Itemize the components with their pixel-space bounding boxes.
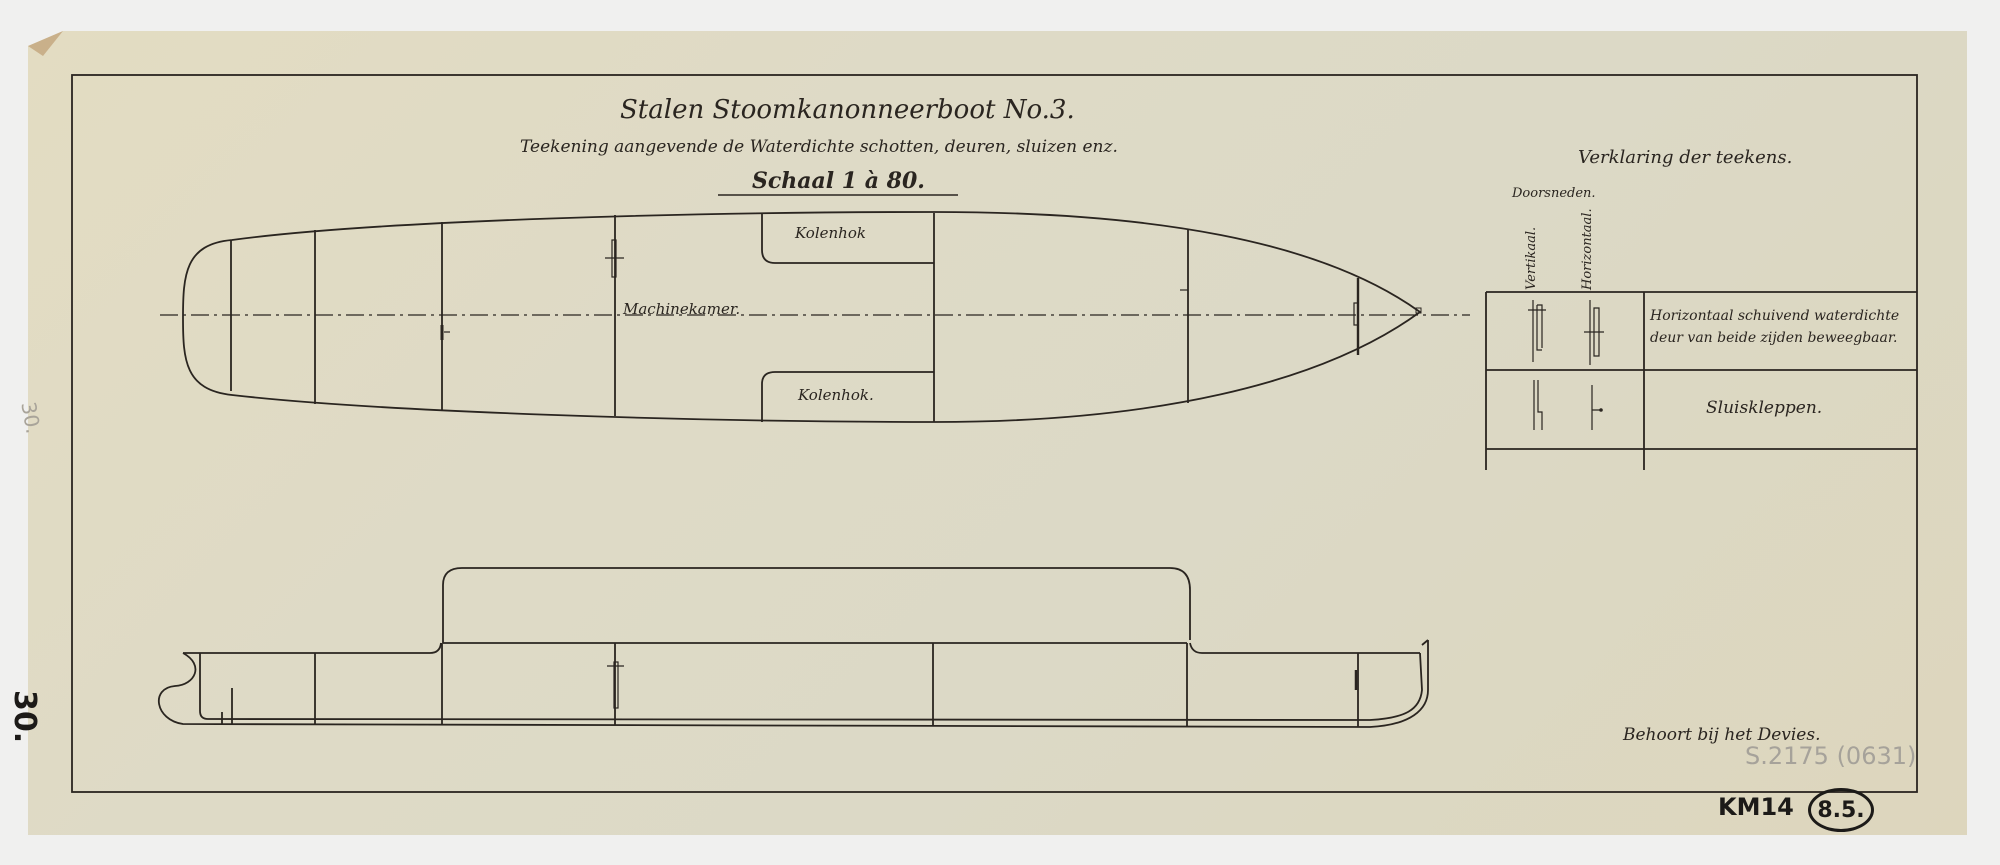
archive-circle-number: 8.5.: [1808, 788, 1874, 832]
room-label-engine-room: Machinekamer.: [623, 300, 740, 318]
profile-view: [159, 568, 1428, 727]
legend-row-door: Horizontaal schuivend waterdichte deur v…: [1650, 305, 1910, 349]
drawing-subtitle: Teekening aangevende de Waterdichte scho…: [520, 137, 1118, 157]
room-label-coal-bunker-top: Kolenhok: [795, 224, 866, 242]
pencil-reference: S.2175 (0631): [1745, 742, 1916, 770]
archive-code: KM14: [1718, 793, 1794, 821]
drawing-scale: Schaal 1 à 80.: [752, 168, 925, 194]
side-number: 30.: [7, 690, 42, 743]
legend-column-group: Doorsneden.: [1512, 186, 1596, 201]
drawing-title: Stalen Stoomkanonneerboot No.3.: [620, 95, 1075, 125]
room-label-coal-bunker-bottom: Kolenhok.: [798, 386, 874, 404]
legend-title: Verklaring der teekens.: [1578, 147, 1792, 168]
drawing-border: [72, 75, 1917, 792]
legend-column-horizontal: Horizontaal.: [1580, 208, 1595, 290]
legend-row-sluice: Sluiskleppen.: [1706, 398, 1822, 418]
legend-column-vertical: Vertikaal.: [1524, 227, 1539, 290]
